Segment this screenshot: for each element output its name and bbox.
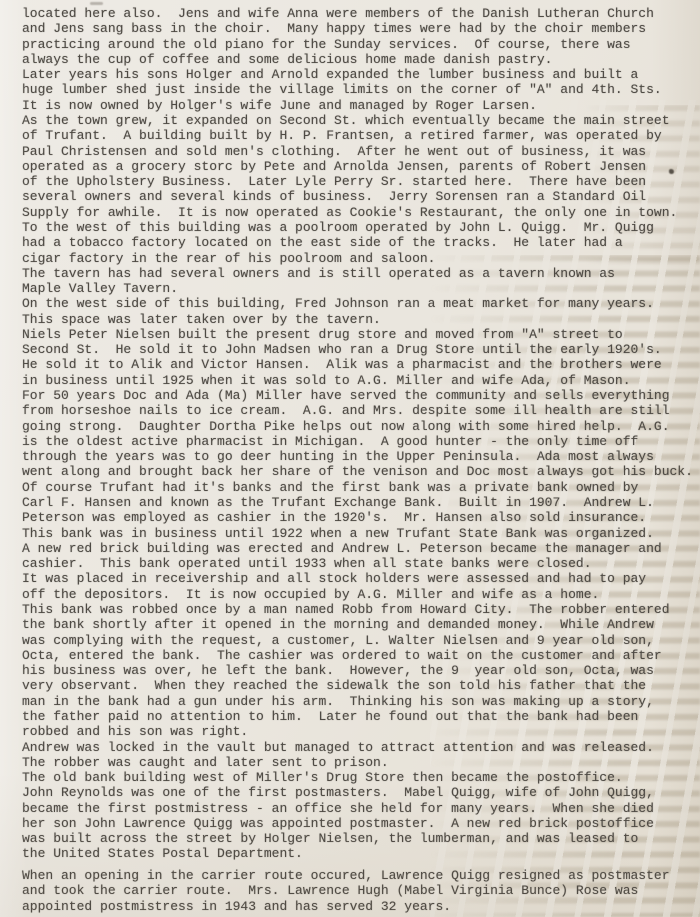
typewritten-text-main: located here also. Jens and wife Anna we… — [0, 6, 693, 862]
typewritten-text-closing-paragraph: When an opening in the carrier route occ… — [0, 868, 670, 914]
scanned-document-page: located here also. Jens and wife Anna we… — [0, 0, 700, 917]
ink-speck — [669, 169, 674, 174]
pencil-mark — [90, 2, 103, 5]
